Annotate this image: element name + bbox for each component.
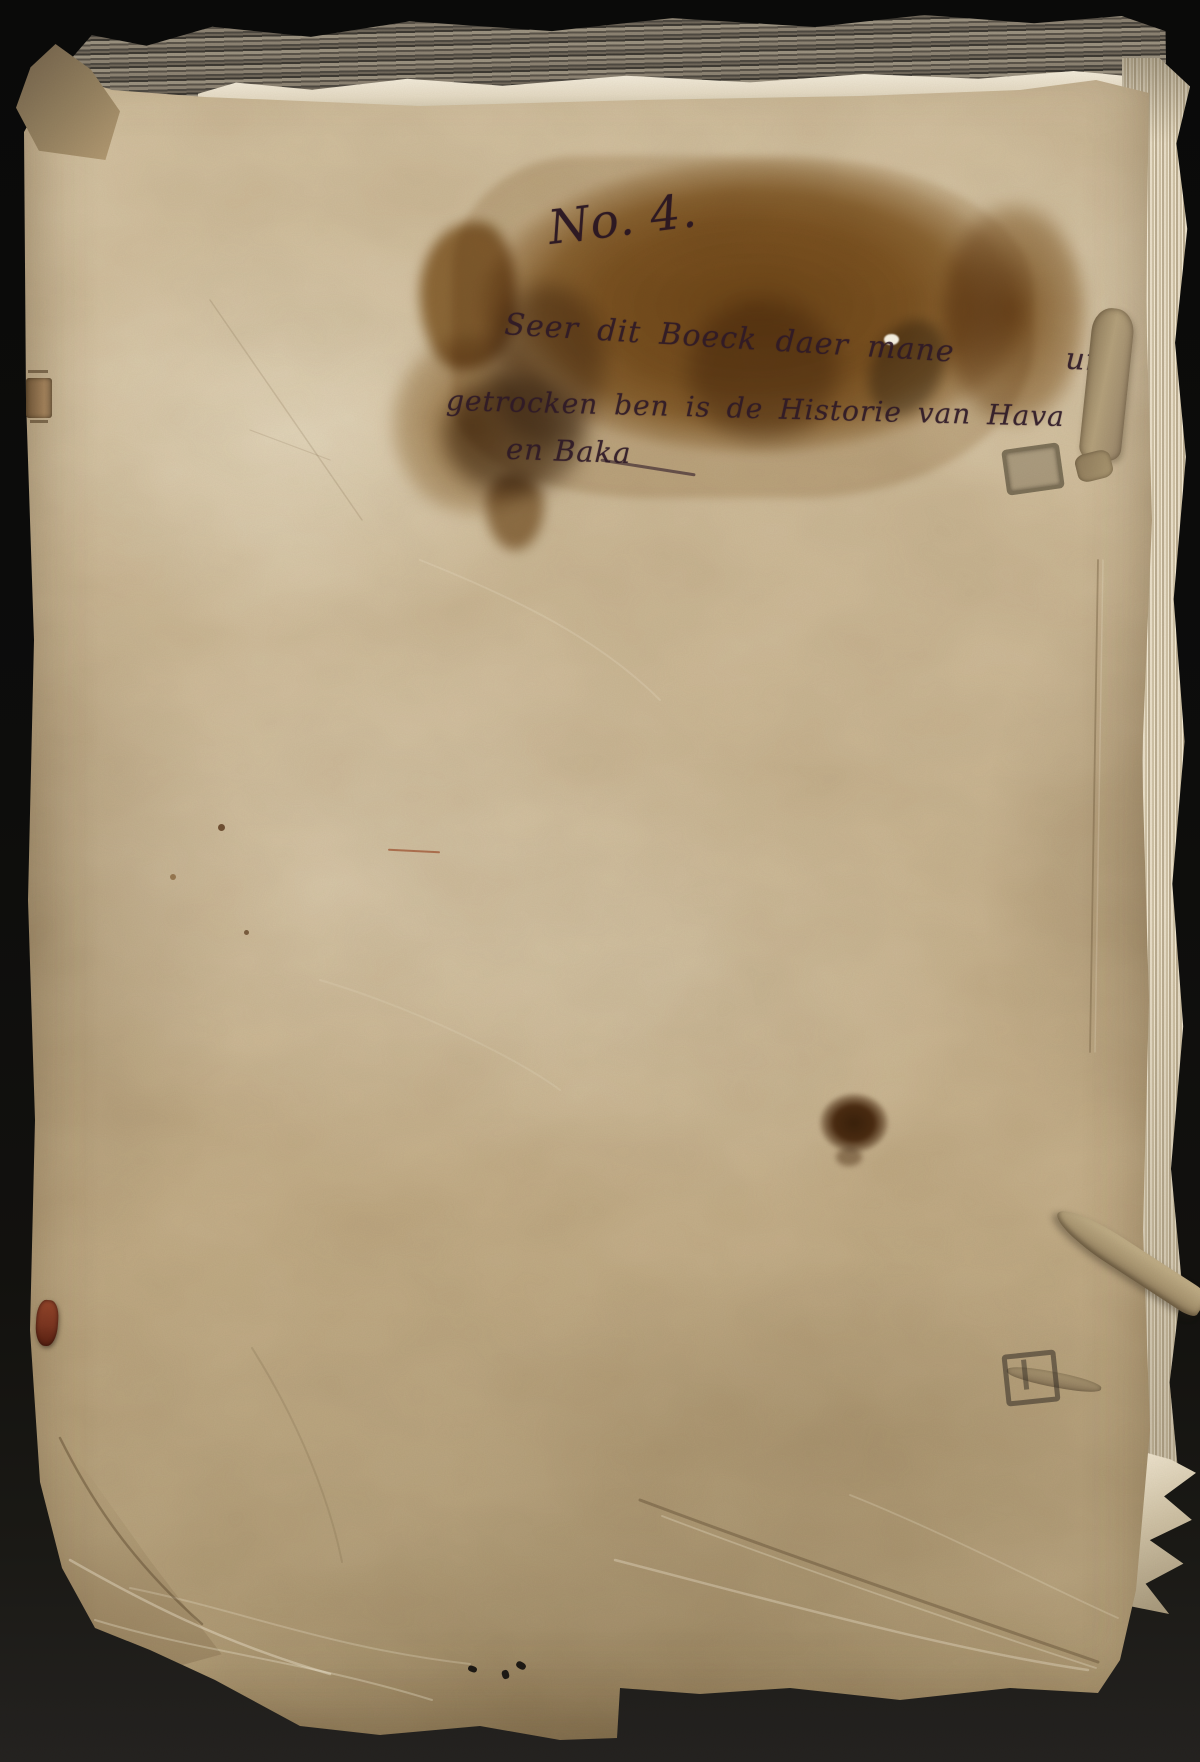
tie-slot-upper-right — [1001, 442, 1065, 496]
slit-cut-line — [28, 370, 48, 373]
tie-slit-upper-left — [26, 378, 52, 418]
round-stain-tail — [836, 1148, 862, 1166]
small-stain-dot — [170, 874, 176, 880]
small-stain-dot — [244, 930, 249, 935]
inscription-line: en Baka — [505, 432, 632, 470]
manuscript-photo: No. 4. Seer dit Boeck daer mane uijt get… — [0, 0, 1200, 1762]
vellum-cover: No. 4. Seer dit Boeck daer mane uijt get… — [20, 58, 1160, 1746]
small-stain-dot — [218, 824, 225, 831]
slit-cut-line — [30, 420, 48, 423]
tie-buckle-mark — [1001, 1349, 1060, 1406]
